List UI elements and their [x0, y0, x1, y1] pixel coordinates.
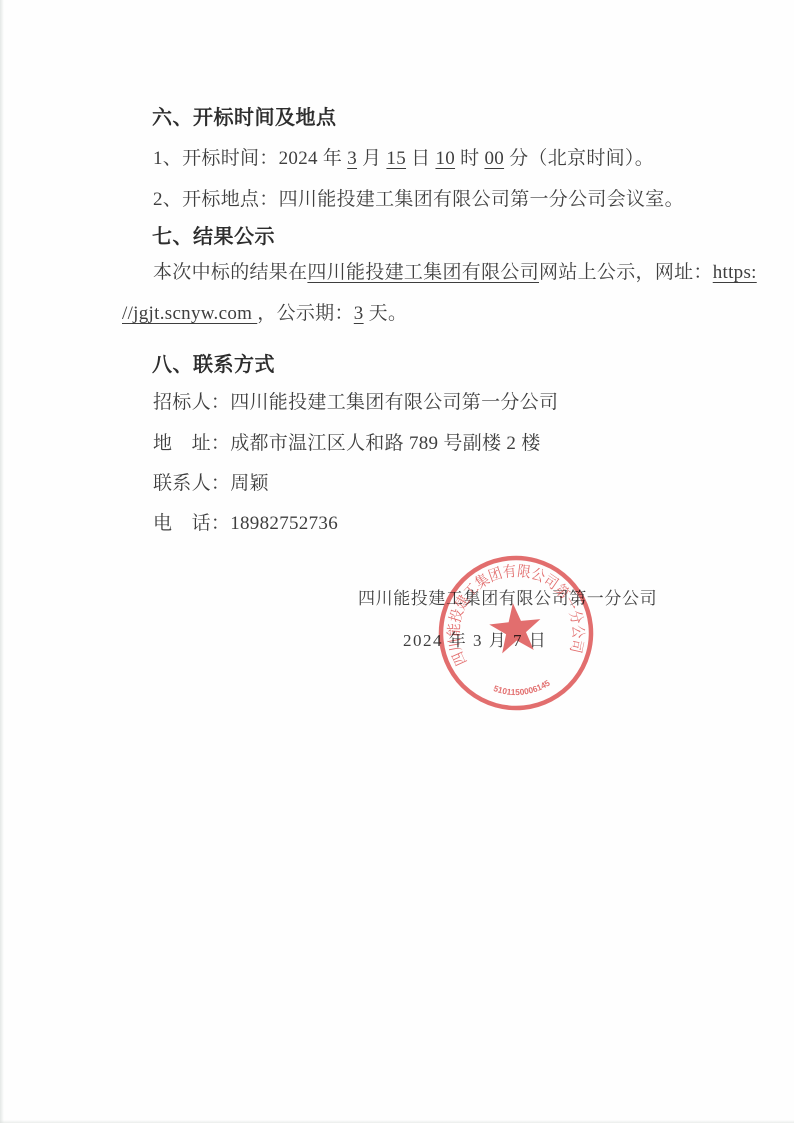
section-bid-opening-heading: 六、开标时间及地点 [152, 107, 337, 130]
seal-star-icon [487, 600, 543, 654]
result-company-underlined: 四川能投建工集团有限公司 [307, 262, 539, 283]
document-page: 六、开标时间及地点 1、开标时间：2024 年 3 月 15 日 10 时 00… [0, 0, 794, 1123]
result-line-2: //jgjt.scnyw.com ，公示期：3 天。 [122, 303, 407, 326]
time-post: 分（北京时间）。 [504, 148, 654, 169]
contact-person-line: 联系人：周颖 [153, 473, 269, 496]
result-url-head: https: [713, 262, 757, 283]
section-result-heading: 七、结果公示 [152, 226, 275, 249]
result-line-1: 本次中标的结果在四川能投建工集团有限公司网站上公示，网址：https: [153, 262, 757, 285]
time-sep-month: 月 [357, 148, 386, 169]
result-url-tail: //jgjt.scnyw.com [122, 303, 257, 324]
time-minute: 00 [484, 148, 504, 169]
time-day: 15 [386, 148, 406, 169]
result-days: 3 [354, 303, 364, 324]
result-mid: 网站上公示，网址： [539, 262, 713, 283]
section-contact-heading: 八、联系方式 [152, 354, 275, 377]
seal-number: 5101150006145 [491, 677, 552, 700]
bid-opening-time-line: 1、开标时间：2024 年 3 月 15 日 10 时 00 分（北京时间）。 [153, 148, 654, 171]
time-sep-day: 日 [406, 148, 435, 169]
time-pre: 1、开标时间：2024 年 [153, 148, 347, 169]
contact-address-line: 地 址：成都市温江区人和路 789 号副楼 2 楼 [153, 433, 541, 456]
time-sep-hour: 时 [455, 148, 484, 169]
contact-bidder-line: 招标人：四川能投建工集团有限公司第一分公司 [153, 392, 558, 415]
company-seal-stamp: 四川能投建工集团有限公司第一分公司 5101150006145 [426, 543, 606, 723]
bid-opening-location-line: 2、开标地点：四川能投建工集团有限公司第一分公司会议室。 [153, 189, 684, 212]
time-month: 3 [347, 148, 357, 169]
svg-text:5101150006145: 5101150006145 [491, 677, 552, 700]
result-line2-post: 天。 [364, 303, 408, 324]
scan-edge-left [0, 0, 4, 1123]
time-hour: 10 [435, 148, 455, 169]
result-line2-mid: ，公示期： [257, 303, 354, 324]
contact-phone-line: 电 话：18982752736 [153, 513, 338, 536]
result-pre: 本次中标的结果在 [153, 262, 307, 283]
